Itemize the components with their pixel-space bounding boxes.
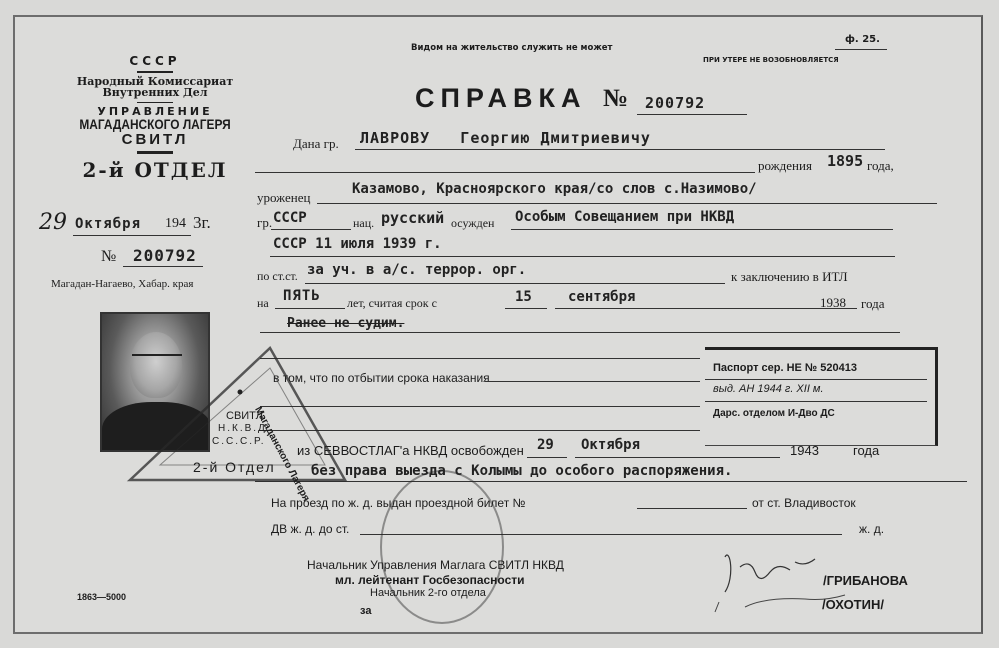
article-value: за уч. в а/с. террор. орг. xyxy=(307,262,526,278)
passport-line3: Дарс. отделом И-Дво ДС xyxy=(713,408,835,419)
birth-year: 1895 xyxy=(827,152,863,170)
travel-to-label: ДВ ж. д. до ст. xyxy=(271,522,349,536)
sentence-label: к заключению в ИТЛ xyxy=(731,269,848,285)
certificate-title: СПРАВКА xyxy=(415,83,587,114)
underline xyxy=(255,172,755,173)
term-year: 1938 xyxy=(820,295,846,311)
underline xyxy=(73,235,191,236)
certificate-number-value: 200792 xyxy=(645,94,705,112)
commissariat-line2: Внутренних Дел xyxy=(55,87,255,99)
underline xyxy=(575,457,780,458)
citizenship-label: гр. xyxy=(257,215,272,231)
term-label: на xyxy=(257,296,269,311)
convicted-value-line2: СССР 11 июля 1939 г. xyxy=(273,236,442,252)
stamp-department: 2-й Отдел xyxy=(193,459,276,475)
country-label: СССР xyxy=(55,55,255,68)
certificate-number-label: № xyxy=(603,85,628,113)
article-label: по ст.ст. xyxy=(257,269,298,284)
divider xyxy=(137,71,173,73)
birth-suffix: года, xyxy=(867,158,894,174)
underline xyxy=(505,308,547,309)
underline xyxy=(637,508,747,509)
underline xyxy=(705,401,927,402)
department-label: 2-й ОТДЕЛ xyxy=(55,160,255,181)
camp-abbr: СВИТЛ xyxy=(55,132,255,148)
issue-date-day: 29 xyxy=(39,210,67,235)
underline xyxy=(305,283,725,284)
convicted-label: осужден xyxy=(451,216,494,231)
released-day: 29 xyxy=(537,437,554,453)
dept-prefix: за xyxy=(360,605,371,617)
passport-stamp: Паспорт сер. НЕ № 520413 выд. АН 1944 г.… xyxy=(705,347,938,446)
citizenship-value: СССР xyxy=(273,210,307,226)
term-value: ПЯТЬ xyxy=(283,288,321,304)
prior-conviction: Ранее не судим. xyxy=(287,316,404,331)
notice-text: Видом на жительство служить не может xyxy=(411,43,612,53)
divider xyxy=(835,49,887,50)
issued-to-label: Дана гр. xyxy=(293,136,339,152)
issue-number-label: № xyxy=(101,248,116,266)
underline xyxy=(275,308,345,309)
released-suffix: года xyxy=(853,443,879,458)
travel-to-suffix: ж. д. xyxy=(859,522,884,536)
divider xyxy=(137,151,173,154)
underline xyxy=(270,256,895,257)
term-month: сентября xyxy=(568,289,635,305)
issue-date-year-prefix: 194 xyxy=(165,216,186,232)
issue-date-month: Октября xyxy=(75,216,141,232)
loss-notice: ПРИ УТЕРЕ НЕ ВОЗОБНОВЛЯЕТСЯ xyxy=(703,56,839,64)
underline xyxy=(485,381,700,382)
issuer-header: СССР Народный Комиссариат Внутренних Дел… xyxy=(55,55,255,181)
stamp-ussr: С.С.С.Р. xyxy=(212,436,266,447)
issue-date-year-suffix: 3г. xyxy=(193,213,211,233)
underline xyxy=(705,379,927,380)
round-stamp xyxy=(380,470,504,624)
native-label: уроженец xyxy=(257,190,310,206)
divider xyxy=(137,102,173,103)
issue-number-value: 200792 xyxy=(133,246,197,265)
convicted-value: Особым Совещанием при НКВД xyxy=(515,209,734,225)
underline xyxy=(355,149,885,150)
underline xyxy=(527,457,567,458)
term-years-label: лет, считая срок с xyxy=(347,296,437,311)
underline xyxy=(271,229,351,230)
released-month: Октября xyxy=(581,437,640,453)
term-year-suffix: года xyxy=(861,296,885,312)
issue-location: Магадан-Нагаево, Хабар. края xyxy=(51,278,193,290)
native-value: Казамово, Красноярского края/со слов с.Н… xyxy=(352,181,757,197)
underline xyxy=(260,332,900,333)
underline xyxy=(511,229,893,230)
term-day: 15 xyxy=(515,289,532,305)
underline xyxy=(637,114,747,115)
underline xyxy=(555,308,857,309)
camp-name: МАГАДАНСКОГО ЛАГЕРЯ xyxy=(70,117,240,132)
passport-line2: выд. АН 1944 г. XII м. xyxy=(713,383,824,395)
travel-from: от ст. Владивосток xyxy=(752,496,856,510)
underline xyxy=(123,266,203,267)
handwritten-signature xyxy=(695,537,875,627)
issued-to-value: ЛАВРОВУ Георгию Дмитриевичу xyxy=(360,129,651,147)
passport-line1: Паспорт сер. НЕ № 520413 xyxy=(713,362,857,374)
birth-label: рождения xyxy=(758,158,812,174)
nationality-label: нац. xyxy=(353,216,374,231)
underline xyxy=(317,203,937,204)
form-code: ф. 25. xyxy=(845,34,880,45)
print-code: 1863—5000 xyxy=(77,592,126,602)
nationality-value: русский xyxy=(381,209,444,227)
released-year: 1943 xyxy=(790,443,819,458)
